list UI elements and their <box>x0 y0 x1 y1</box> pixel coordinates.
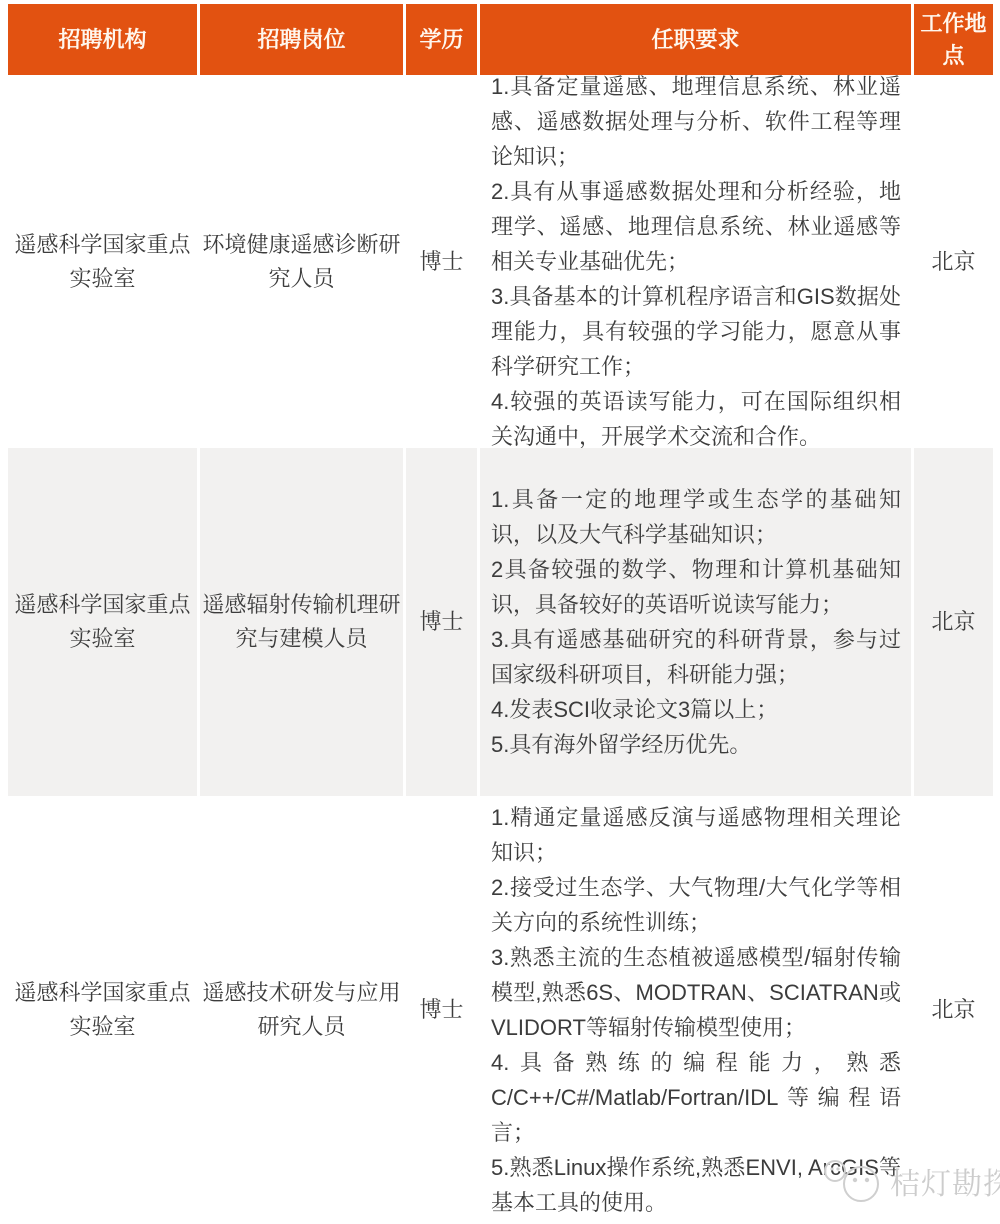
column-header-org: 招聘机构 <box>8 4 197 75</box>
table-row-1-location: 北京 <box>914 75 993 448</box>
watermark-label: 桔灯勘探 <box>890 1159 1000 1203</box>
recruitment-table: 招聘机构 招聘岗位 学历 任职要求 工作地点 遥感科学国家重点实验室 环境健康遥… <box>8 4 993 1224</box>
requirements-text: 1.精通定量遥感反演与遥感物理相关理论知识； 2.接受过生态学、大气物理/大气化… <box>491 800 901 1220</box>
column-header-requirements: 任职要求 <box>480 4 911 75</box>
table-row-1-position: 环境健康遥感诊断研究人员 <box>200 75 403 448</box>
table-row-1-degree: 博士 <box>406 75 477 448</box>
table-row-3-position: 遥感技术研发与应用研究人员 <box>200 796 403 1224</box>
wechat-face-icon <box>822 1158 884 1204</box>
table-row-2-degree: 博士 <box>406 448 477 796</box>
watermark: 桔灯勘探 <box>822 1158 1000 1204</box>
table-row-1-requirements: 1.具备定量遥感、地理信息系统、林业遥感、遥感数据处理与分析、软件工程等理论知识… <box>480 75 911 448</box>
table-row-2-location: 北京 <box>914 448 993 796</box>
table-row-1-org: 遥感科学国家重点实验室 <box>8 75 197 448</box>
column-header-location: 工作地点 <box>914 4 993 75</box>
requirements-text: 1.具备定量遥感、地理信息系统、林业遥感、遥感数据处理与分析、软件工程等理论知识… <box>491 69 901 454</box>
column-header-degree: 学历 <box>406 4 477 75</box>
table-row-2-position: 遥感辐射传输机理研究与建模人员 <box>200 448 403 796</box>
recruitment-table-page: 招聘机构 招聘岗位 学历 任职要求 工作地点 遥感科学国家重点实验室 环境健康遥… <box>0 0 1000 1224</box>
column-header-position: 招聘岗位 <box>200 4 403 75</box>
table-row-2-org: 遥感科学国家重点实验室 <box>8 448 197 796</box>
table-row-3-org: 遥感科学国家重点实验室 <box>8 796 197 1224</box>
table-row-2-requirements: 1.具备一定的地理学或生态学的基础知识，以及大气科学基础知识； 2具备较强的数学… <box>480 448 911 796</box>
table-row-3-degree: 博士 <box>406 796 477 1224</box>
requirements-text: 1.具备一定的地理学或生态学的基础知识，以及大气科学基础知识； 2具备较强的数学… <box>491 482 901 762</box>
